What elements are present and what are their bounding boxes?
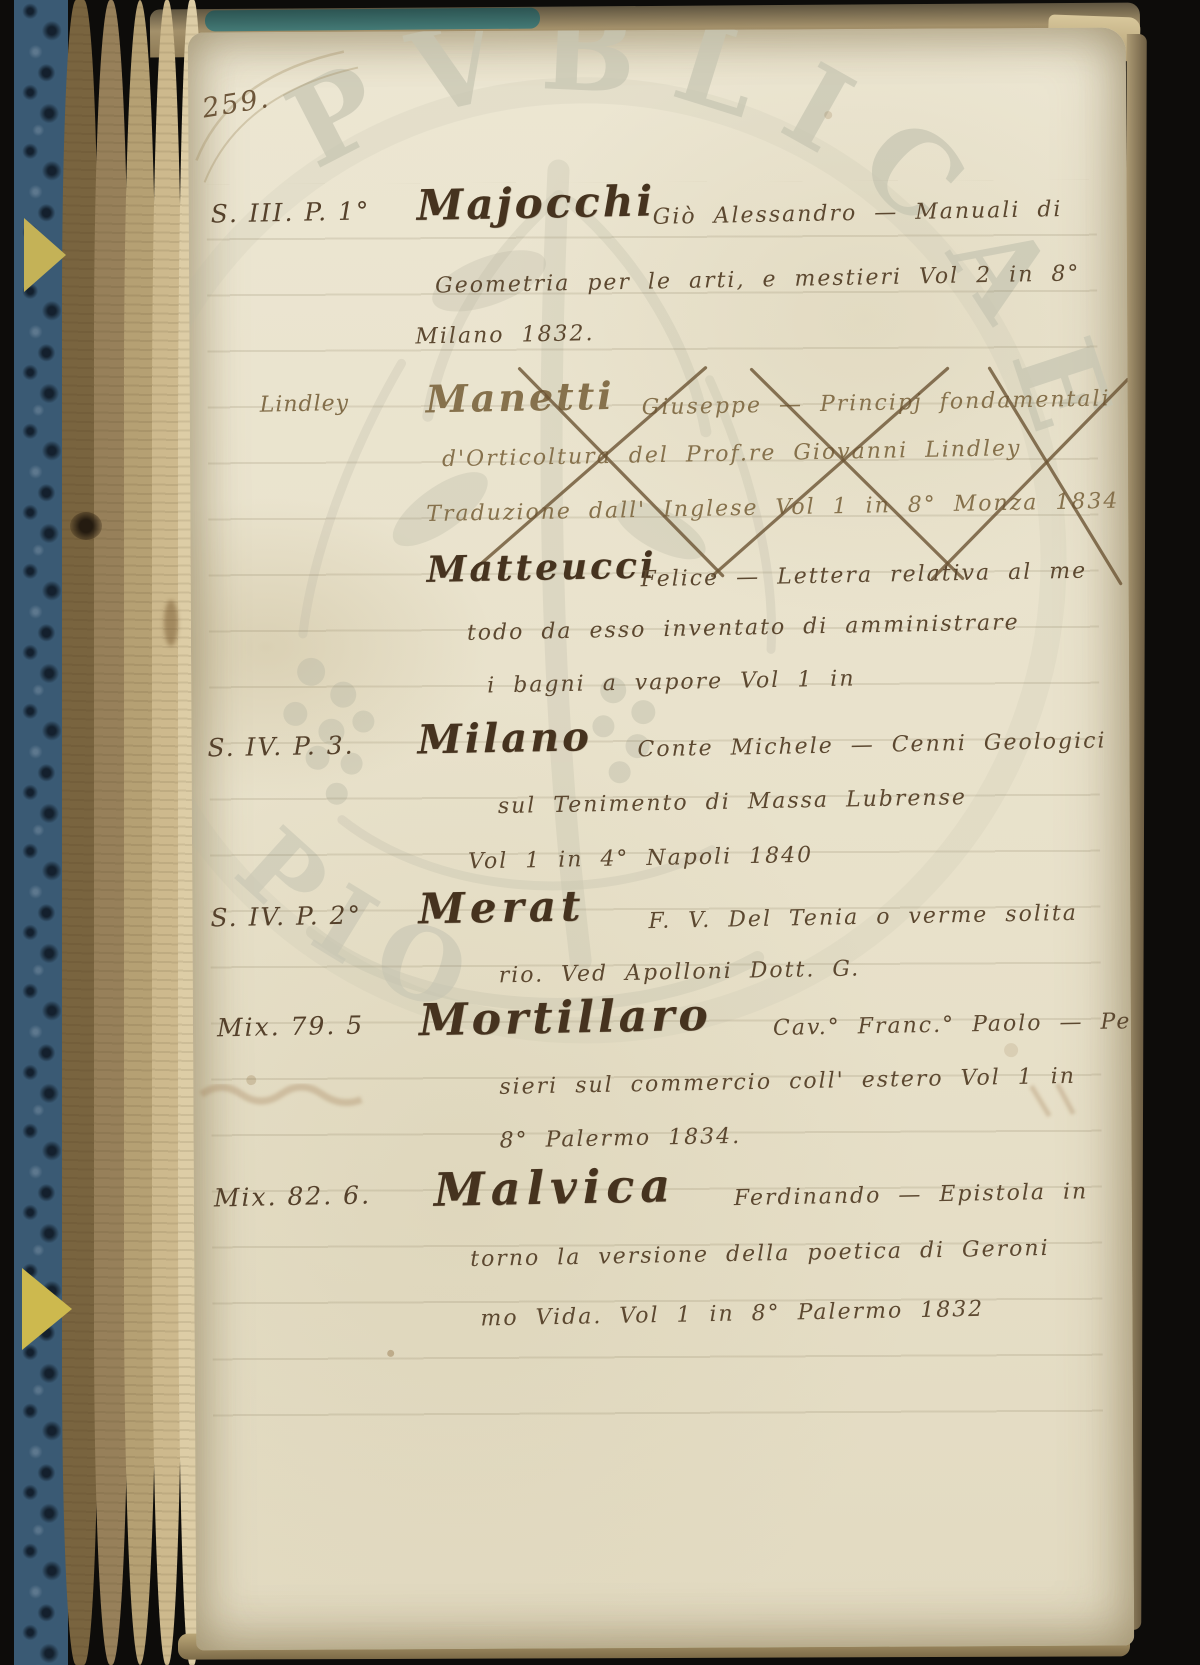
manuscript-photo: PVBLICAE PIO 259. S. III. [0, 0, 1200, 1665]
page-stack-edge [94, 0, 128, 1665]
shelf-mark: Mix. 79. 5 [217, 1011, 365, 1043]
shelf-mark: S. IV. P. 3. [207, 731, 355, 763]
shelf-mark: S. IV. P. 2° [210, 901, 362, 933]
ink-stain [70, 512, 102, 540]
author-name: Merat [418, 881, 586, 933]
entry-line: 8° Palermo 1834. [499, 1124, 741, 1154]
manuscript-page: PVBLICAE PIO 259. S. III. [188, 28, 1134, 1651]
crossout-marks [188, 28, 1134, 1651]
shelf-mark: Mix. 82. 6. [214, 1180, 372, 1212]
author-name: Milano [417, 713, 592, 763]
author-name: Matteucci [426, 544, 657, 590]
page-stack-edge [62, 0, 98, 1665]
author-name: Mortillaro [418, 990, 712, 1047]
author-name: Malvica [433, 1158, 676, 1217]
smudge-stain [164, 600, 178, 646]
book-top-teal-band [205, 8, 540, 32]
